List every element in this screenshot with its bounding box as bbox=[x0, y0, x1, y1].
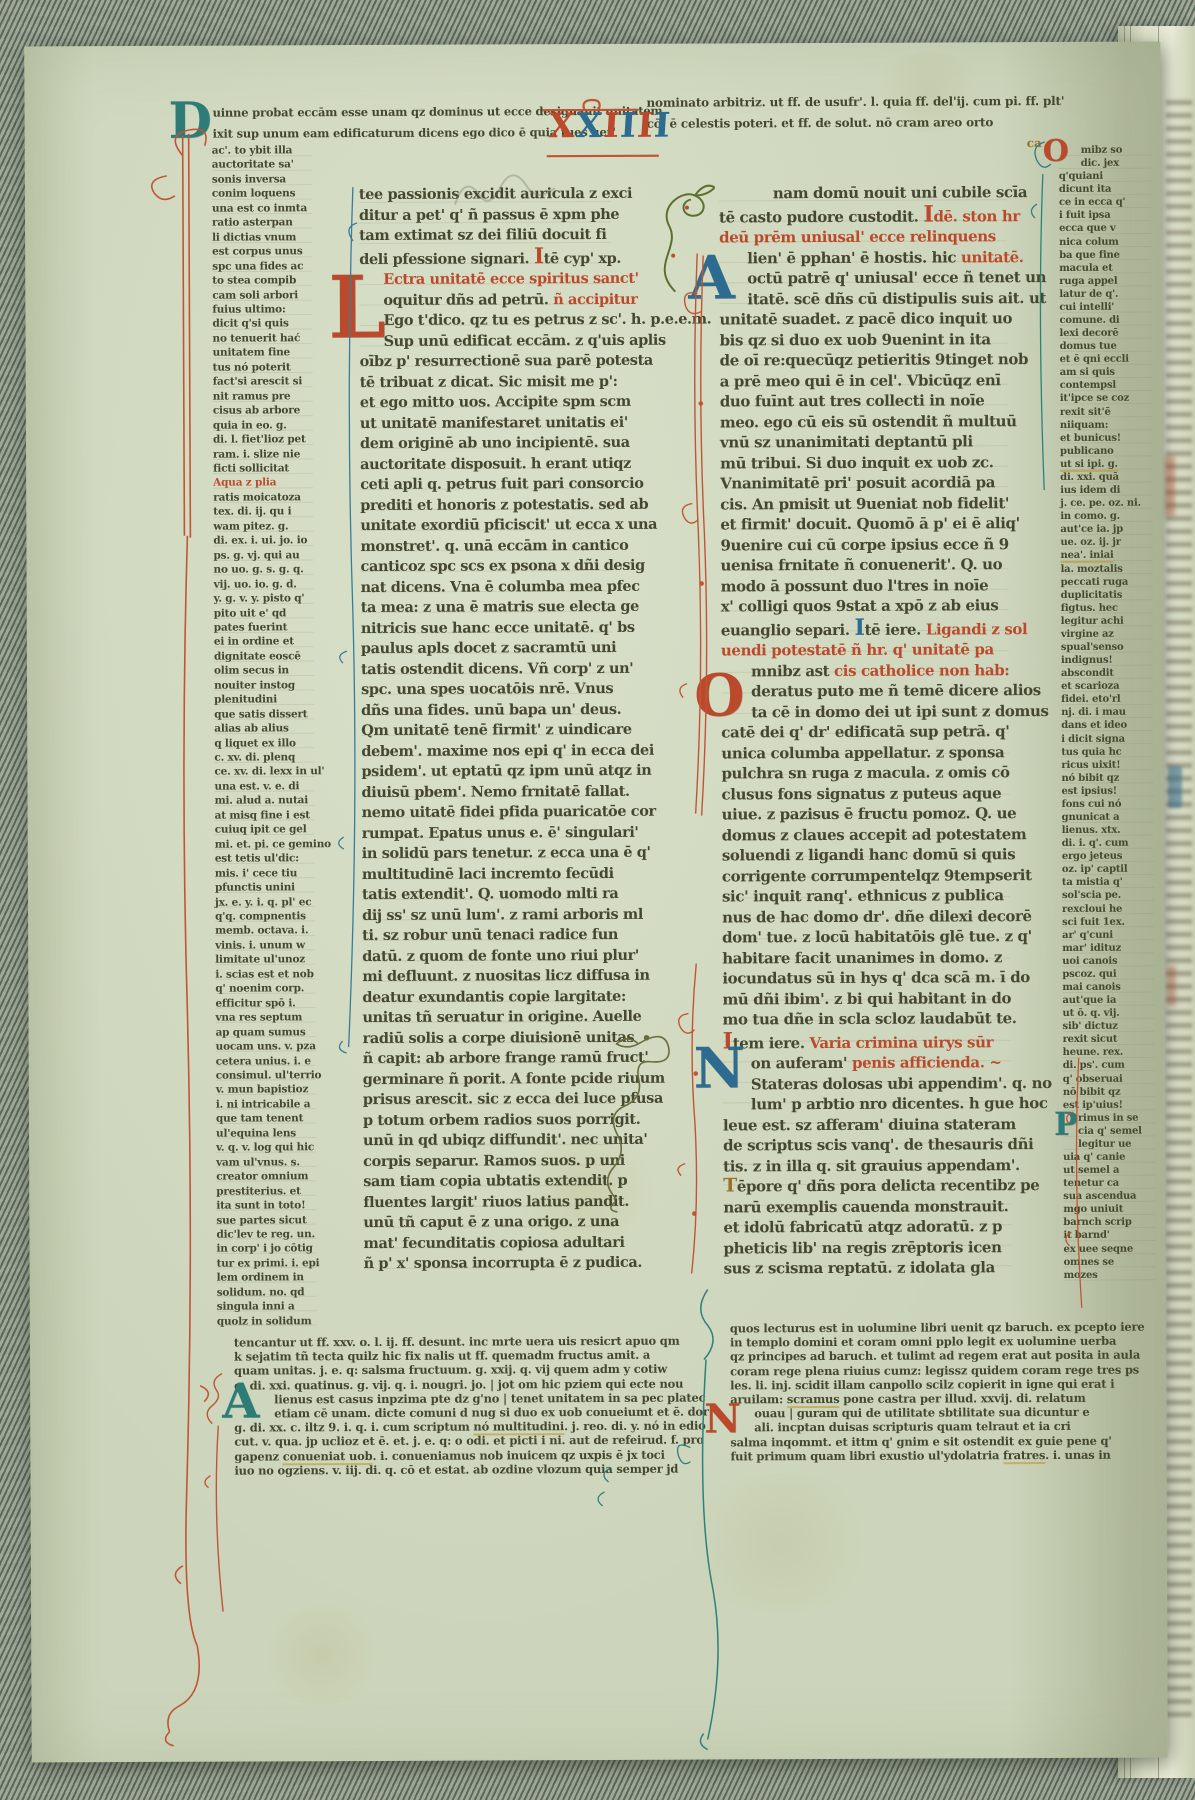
text-line: dic'lev te reg. un. bbox=[216, 1227, 316, 1242]
text-line: mgo uniuit bbox=[1063, 1203, 1155, 1216]
text-line: Ectra unitatē ecce spiritus sanct' bbox=[359, 269, 611, 291]
text-segment: una est. v. e. di bbox=[214, 780, 299, 792]
text-segment: cis catholice non hab: bbox=[834, 661, 1009, 680]
text-segment: tē tribuat z dicat. Sic misit me p': bbox=[360, 372, 618, 390]
text-line: ratis moicatoza bbox=[213, 490, 313, 505]
text-line: narū exemplis cauenda monstrauit. bbox=[723, 1196, 1011, 1218]
text-segment: germinare ñ porit. A fonte pcide riuum bbox=[363, 1069, 665, 1087]
text-segment: plenitudini bbox=[214, 694, 277, 706]
text-line: corpis separur. Ramos suos. p uni bbox=[363, 1150, 615, 1172]
text-line: unū in qd ubiqz diffundit'. nec unita' bbox=[363, 1130, 615, 1152]
text-segment: ce in ecca q' bbox=[1059, 197, 1126, 208]
text-segment: Ligandi z sol bbox=[926, 620, 1028, 638]
text-segment: fact'si arescit si bbox=[213, 376, 303, 388]
text-line: sua ascendua bbox=[1063, 1190, 1155, 1203]
text-line: deū prēm uniusal' ecce relinquens bbox=[719, 226, 1007, 248]
text-segment: duo fuīnt aut tres collecti in noīe bbox=[720, 391, 985, 410]
text-segment: cetera unius. i. e bbox=[216, 1055, 311, 1067]
text-line: mat' fecunditatis copiosa adultari bbox=[363, 1232, 615, 1254]
text-line: q'quiani bbox=[1059, 170, 1151, 183]
text-segment: cui intelli' bbox=[1059, 302, 1114, 313]
text-line: sue partes sicut bbox=[216, 1213, 316, 1228]
text-segment: nō bibit qz bbox=[1063, 1086, 1121, 1097]
text-line: tex. di. ij. qu i bbox=[213, 505, 313, 520]
text-line: nus de hac domo dr'. dñe dilexi decorē bbox=[722, 906, 1010, 928]
text-segment: oz. ip' captil bbox=[1062, 864, 1128, 875]
text-line: di. ps'. cum bbox=[1063, 1059, 1155, 1072]
text-segment: in corp' i jo cōtig bbox=[216, 1243, 312, 1255]
text-line: i fuit ipsa bbox=[1059, 209, 1151, 222]
text-line: lum' p arbtio nro dicentes. h gue hoc bbox=[723, 1093, 1011, 1115]
text-segment: et bunicus! bbox=[1060, 432, 1121, 443]
text-segment: mū tribui. Si duo inquit ex uob zc. bbox=[720, 453, 994, 472]
gloss-initial-o: O bbox=[1043, 138, 1069, 166]
text-segment: mai canois bbox=[1062, 982, 1120, 993]
text-segment: mar' idituz bbox=[1062, 942, 1121, 953]
text-segment: di. ps'. cum bbox=[1063, 1060, 1125, 1071]
text-line: oz. ip' captil bbox=[1062, 863, 1154, 876]
text-segment: on auferam' bbox=[751, 1054, 852, 1072]
text-segment: to stea compib bbox=[212, 274, 296, 286]
text-line: ce in ecca q' bbox=[1059, 196, 1151, 209]
text-segment: q'quiani bbox=[1059, 171, 1103, 182]
text-line: Sup unū edificat eccām. z q'uis aplis bbox=[360, 330, 612, 352]
text-line: pates fuerint bbox=[214, 620, 314, 635]
text-segment: in como. g. bbox=[1060, 511, 1120, 522]
text-line: tam extimat sz dei filiū docuit fi bbox=[359, 225, 611, 247]
text-segment: dans et ideo bbox=[1061, 720, 1127, 731]
text-segment: uiue. z pazisus ē fructu pomoz. Q. ue bbox=[722, 804, 1017, 823]
text-segment: ps. g. vj. qui au bbox=[213, 549, 299, 561]
text-segment: Ego t'dico. qz tu es petrus z sc'. h. p.… bbox=[383, 310, 711, 328]
text-line: spc. una spes uocatōis nrē. Vnus bbox=[361, 679, 613, 701]
text-line: cō. ē celestis poteri. et ff. de solut. … bbox=[647, 112, 1065, 135]
text-segment: Qm unitatē tenē firmit' z uindicare bbox=[361, 721, 632, 739]
text-line: y. g. v. y. pisto q' bbox=[214, 591, 314, 606]
text-segment: euanglio separi. bbox=[721, 620, 855, 639]
text-segment: heune. rex. bbox=[1063, 1047, 1123, 1058]
text-line: dom' tue. z locū habitatōis glē tue. z q… bbox=[722, 926, 1010, 948]
text-segment: efficitur spō i. bbox=[215, 997, 295, 1009]
text-line: iocundatus sū in hys q' dca scā m. ī do bbox=[722, 967, 1010, 989]
text-line: q' noenim corp. bbox=[215, 982, 315, 997]
text-line: cisus ab arbore bbox=[213, 403, 313, 418]
text-segment: sonis inversa bbox=[212, 173, 286, 185]
text-segment: comune. di bbox=[1059, 315, 1119, 326]
text-line: euanglio separi. Itē iere. Ligandi z sol bbox=[721, 616, 1009, 641]
text-segment: habitare facit unanimes in domo. z bbox=[722, 948, 1002, 967]
text-segment: nemo uitatē fidei pfida puaricatōe cor bbox=[362, 803, 656, 821]
text-segment: ar' q'cuni bbox=[1062, 929, 1113, 940]
text-line: di. l. fiet'lioz pet bbox=[213, 432, 313, 447]
text-segment: mū dñi ibim'. z bi qui habitant in do bbox=[722, 989, 1011, 1008]
text-segment: les. li. inj. scidit illam canpollo scil… bbox=[730, 1377, 1114, 1393]
text-line: ap quam sumus bbox=[216, 1025, 316, 1040]
text-segment: lien' ē pphan' ē hostis. hic bbox=[747, 248, 961, 267]
text-segment: Stateras dolosas ubi appendim'. q. no bbox=[751, 1074, 1052, 1093]
text-line: pscoz. qui bbox=[1062, 967, 1154, 980]
text-segment: deatur exundantis copie largitate: bbox=[362, 987, 626, 1005]
text-line: habitare facit unanimes in domo. z bbox=[722, 947, 1010, 969]
main-column-right: nam domū nouit uni cubile scīatē casto p… bbox=[719, 182, 1012, 1279]
text-segment: rexit sit'ē bbox=[1060, 406, 1111, 417]
text-line: i. ni intricabile a bbox=[216, 1097, 316, 1112]
text-line: pheticis lib' na regis zrēptoris icen bbox=[723, 1237, 1011, 1259]
text-segment: . i. unas in bbox=[1045, 1448, 1110, 1462]
catchword: ca bbox=[1027, 136, 1042, 150]
text-line: nica colum bbox=[1059, 235, 1151, 248]
text-segment: no uo. g. s. g. q. bbox=[214, 563, 304, 575]
text-line: Item iere. Varia crimina uirys sūr bbox=[723, 1029, 1011, 1054]
text-segment: dē. ston hr bbox=[933, 207, 1019, 225]
text-line: nemo uitatē fidei pfida puaricatōe cor bbox=[362, 802, 614, 824]
text-segment: ita sunt in toto! bbox=[216, 1199, 305, 1211]
text-line: rexit sit'ē bbox=[1060, 405, 1152, 418]
text-line: quia in eo. g. bbox=[213, 418, 313, 433]
text-segment: ēpore q' dñs pora delicta recentibz pe bbox=[737, 1176, 1040, 1195]
text-segment: ius idem di bbox=[1060, 485, 1120, 496]
text-line: sic' inquit ranq'. ethnicus z publica bbox=[722, 885, 1010, 907]
text-line: gnunicat a bbox=[1062, 811, 1154, 824]
text-line: la. moztalis bbox=[1061, 562, 1153, 575]
text-segment: olim secus in bbox=[214, 665, 289, 677]
text-segment: fluentes largit' riuos latius pandit. bbox=[363, 1192, 629, 1210]
text-line: prestiterius. et bbox=[216, 1184, 316, 1199]
text-line: dic. jex bbox=[1059, 157, 1151, 170]
text-line: olim secus in bbox=[214, 664, 314, 679]
text-segment: aut'ce ia. jp bbox=[1060, 524, 1123, 535]
text-segment: et ē qni eccli bbox=[1060, 354, 1129, 365]
text-line: spual'senso bbox=[1061, 641, 1153, 654]
text-line: consimul. ul'terrio bbox=[216, 1068, 316, 1083]
text-line: mi defluunt. z nuositas licz diffusa in bbox=[362, 966, 614, 988]
text-line: mis. i' cece tiu bbox=[215, 866, 315, 881]
text-segment: i. scias est et nob bbox=[215, 968, 313, 980]
text-line: tur ex primi. i. epi bbox=[217, 1256, 317, 1271]
text-line: ram. i. slize nie bbox=[213, 447, 313, 462]
text-segment: penis afficienda. ~ bbox=[852, 1053, 1002, 1072]
text-segment: mi. alud a. nutai bbox=[215, 795, 309, 807]
text-line: li dictias vnum bbox=[212, 230, 312, 245]
text-line: macula et bbox=[1059, 261, 1151, 274]
text-segment: dem originē ab uno incipientē. sua bbox=[360, 434, 630, 452]
text-segment: unitas tñ seruatur in origine. Auelle bbox=[362, 1008, 641, 1026]
text-line: ñ capit: ab arbore frange ramū fruct' bbox=[363, 1048, 615, 1070]
text-line: niiquam: bbox=[1060, 418, 1152, 431]
text-segment: oībz p' resurrectionē sua parē potesta bbox=[360, 352, 653, 370]
text-line: sam tiam copia ubtatis extendit. p bbox=[363, 1171, 615, 1193]
text-segment: datū. z quom de fonte uno riui plur' bbox=[362, 946, 639, 964]
text-segment: di. ex. i. ui. jo. io bbox=[213, 534, 307, 546]
text-line: q'q. compnentis bbox=[215, 909, 315, 924]
text-line: v. q. v. log qui hic bbox=[216, 1140, 316, 1155]
text-segment: unū in qd ubiqz diffundit'. nec unita' bbox=[363, 1131, 647, 1149]
text-segment: q' noenim corp. bbox=[215, 983, 304, 995]
text-segment: dic'lev te reg. un. bbox=[216, 1228, 315, 1240]
text-segment: pheticis lib' na regis zrēptoris icen bbox=[723, 1238, 1001, 1257]
text-segment: I bbox=[923, 201, 933, 227]
text-segment: di. i. q'. cum bbox=[1062, 838, 1129, 849]
text-segment: dic. jex bbox=[1081, 158, 1119, 169]
text-segment: sua ascendua bbox=[1063, 1191, 1136, 1202]
text-line: tus nó poterit bbox=[213, 360, 313, 375]
text-segment: mis. i' cece tiu bbox=[215, 867, 297, 879]
text-segment: sol'scia pe. bbox=[1062, 890, 1121, 901]
text-line: aut'ce ia. jp bbox=[1060, 523, 1152, 536]
text-segment: pates fuerint bbox=[214, 621, 288, 633]
text-line: nitricis sue hanc ecce unitatē. q' bs bbox=[361, 617, 613, 639]
text-segment: paulus apls docet z sacramtū uni bbox=[361, 639, 616, 657]
text-line: unitas tñ seruatur in origine. Auelle bbox=[362, 1007, 614, 1029]
text-line: ti. sz robur unū tenaci radice fun bbox=[362, 925, 614, 947]
text-segment: ap quam sumus bbox=[216, 1026, 306, 1038]
text-segment: memb. octava. i. bbox=[215, 925, 308, 937]
text-segment: quos lecturus est in uolumine libri ueni… bbox=[730, 1320, 1145, 1336]
text-line: lienus. xtx. bbox=[1062, 824, 1154, 837]
text-segment: solidum. no. qd bbox=[217, 1286, 305, 1298]
text-segment: mibz so bbox=[1081, 145, 1122, 156]
text-line: et ē qni eccli bbox=[1060, 353, 1152, 366]
text-segment: ut semel a bbox=[1063, 1165, 1119, 1176]
text-line: cuiuq ipit ce gel bbox=[215, 823, 315, 838]
text-segment: diuisū pbem'. Nemo frnitatē fallat. bbox=[361, 782, 629, 800]
text-segment: fidei. eto'rl bbox=[1061, 694, 1120, 705]
text-segment: 9uenire cui cū corpe ipsius ecce ñ 9 bbox=[720, 535, 1008, 554]
text-line: lem ordinem in bbox=[217, 1271, 317, 1286]
text-line: jx. e. y. i. q. pl' ec bbox=[215, 895, 315, 910]
text-segment: modo ā possunt duo l'tres in noīe bbox=[721, 576, 989, 595]
text-segment: ñ p' x' sponsa incorrupta ē z pudica. bbox=[364, 1254, 643, 1272]
initial-n-blue: N bbox=[694, 1043, 745, 1095]
text-line: p totum orbem radios suos porrigit. bbox=[363, 1109, 615, 1131]
text-line: cam soli arbori bbox=[212, 288, 312, 303]
text-segment: vij. uo. io. g. d. bbox=[214, 578, 297, 590]
text-line: unitatem fine bbox=[213, 346, 313, 361]
text-segment: uendi potestatē ñ hr. q' unitatē pa bbox=[721, 640, 994, 659]
text-line: tee passionis excidit auricula z exci bbox=[359, 184, 611, 206]
text-line: diuisū pbem'. Nemo frnitatē fallat. bbox=[361, 781, 613, 803]
text-segment: auctoritate sa' bbox=[212, 159, 294, 171]
text-line: de scriptus scis vanq'. de thesauris dñi bbox=[723, 1134, 1011, 1156]
text-segment: mi. et. pi. ce gemino bbox=[215, 838, 331, 851]
text-segment: vna res septum bbox=[215, 1011, 302, 1023]
text-line: domus z claues accepit ad potestatem bbox=[722, 824, 1010, 846]
manuscript-photo: { "folio_number": {"letters": [["X","r"]… bbox=[0, 0, 1195, 1800]
text-line: ut si ipi. g. bbox=[1060, 457, 1152, 470]
text-segment: pulchra sn ruga z macula. z omis cō bbox=[721, 763, 1009, 782]
text-segment: que tam tenent bbox=[216, 1113, 303, 1125]
text-segment: narū exemplis cauenda monstrauit. bbox=[723, 1197, 1008, 1216]
text-segment: ta mistia q' bbox=[1062, 877, 1123, 888]
text-segment: soluendi z ligandi hanc domū si quis bbox=[722, 845, 1016, 864]
text-line: uendi potestatē ñ hr. q' unitatē pa bbox=[721, 639, 1009, 661]
folio-letter: X bbox=[547, 106, 577, 146]
text-segment: sus z scisma reptatū. z idolata gla bbox=[724, 1258, 995, 1277]
text-line: rexcloui he bbox=[1062, 902, 1154, 915]
text-line: rumpat. Epatus unus e. ē' singulari' bbox=[362, 822, 614, 844]
text-segment: . j. reo. di. y. nó in edio bbox=[564, 1419, 706, 1434]
initial-o-red: O bbox=[694, 669, 745, 723]
text-line: et scarioza bbox=[1061, 680, 1153, 693]
text-segment: tē iere. bbox=[865, 620, 926, 638]
text-segment: it barnd' bbox=[1063, 1230, 1109, 1241]
text-line: nj. di. i mau bbox=[1061, 706, 1153, 719]
text-line: di. ex. i. ui. jo. io bbox=[213, 533, 313, 548]
text-segment: nam domū nouit uni cubile scīa bbox=[773, 183, 1027, 202]
text-line: mibz so bbox=[1059, 144, 1151, 157]
text-segment: mozes bbox=[1064, 1270, 1098, 1281]
text-segment: la. moztalis bbox=[1061, 563, 1123, 574]
text-line: sus z scisma reptatū. z idolata gla bbox=[724, 1257, 1012, 1279]
text-segment: mo tua dñe in scla scloz laudabūt te. bbox=[722, 1009, 1016, 1028]
text-segment: contempsl bbox=[1060, 380, 1116, 391]
text-segment: dicit q'si quis bbox=[212, 318, 288, 330]
text-line: germinare ñ porit. A fonte pcide riuum bbox=[363, 1068, 615, 1090]
text-line: Stateras dolosas ubi appendim'. q. no bbox=[723, 1073, 1011, 1095]
text-line: pulchra sn ruga z macula. z omis cō bbox=[721, 762, 1009, 784]
text-line: auctoritate disposuit. h erant utiqz bbox=[360, 453, 612, 475]
text-segment: salma inqommt. et ittm q' gnim e sit ost… bbox=[730, 1433, 1111, 1449]
text-line: spc una fides ac bbox=[212, 259, 312, 274]
bottom-initial-a: A bbox=[222, 1379, 259, 1423]
text-line: fluentes largit' riuos latius pandit. bbox=[363, 1191, 615, 1213]
text-line: mnibz ast cis catholice non hab: bbox=[721, 660, 1009, 682]
text-segment: consimul. ul'terrio bbox=[216, 1069, 322, 1081]
text-segment: dignitate eoscē bbox=[214, 650, 301, 662]
text-line: monstret'. q. unā eccām in cantico bbox=[360, 535, 612, 557]
text-line: tē tribuat z dicat. Sic misit me p': bbox=[360, 371, 612, 393]
text-segment: est tetis ul'dic: bbox=[215, 852, 299, 864]
text-line: auctoritate sa' bbox=[212, 158, 312, 173]
text-line: cis. An pmisit ut 9ueniat nob fidelit' bbox=[720, 493, 1008, 515]
text-segment: ratis moicatoza bbox=[213, 491, 301, 503]
text-line: dicunt ita bbox=[1059, 183, 1151, 196]
text-line: 9uenire cui cū corpe ipsius ecce ñ 9 bbox=[720, 534, 1008, 556]
text-line: et bunicus! bbox=[1060, 431, 1152, 444]
text-segment: canticoz spc scs ex psona x dñi desig bbox=[360, 557, 644, 575]
text-segment: tee passionis excidit auricula z exci bbox=[359, 185, 632, 203]
text-segment: et idolū fabricatū atqz adoratū. z p bbox=[723, 1217, 1002, 1236]
text-line: lien' ē pphan' ē hostis. hic unitatē. bbox=[719, 247, 1007, 269]
text-line: nam domū nouit uni cubile scīa bbox=[719, 182, 1007, 204]
text-line: est corpus unus bbox=[212, 244, 312, 259]
text-line: de oī re:quecūqz petieritis 9tinget nob bbox=[720, 349, 1008, 371]
text-segment: domus z claues accepit ad potestatem bbox=[722, 825, 1027, 844]
text-line: uenisa frnitate ñ conuenerit'. Q. uo bbox=[720, 554, 1008, 576]
text-segment: . i. conueniamus nob inuicem qz uxpis ē … bbox=[372, 1447, 664, 1462]
text-segment: virgine az bbox=[1061, 629, 1114, 640]
text-segment: quolz in solidum bbox=[217, 1315, 312, 1327]
text-line: mar' idituz bbox=[1062, 941, 1154, 954]
text-segment: i. ni intricabile a bbox=[216, 1098, 310, 1110]
text-segment: Vnanimitatē pri' posuit acordiā pa bbox=[720, 473, 995, 492]
text-segment: vinis. i. unum w bbox=[215, 939, 305, 951]
text-segment: mat' fecunditatis copiosa adultari bbox=[363, 1233, 624, 1251]
text-line: v. mun bapistioz bbox=[216, 1083, 316, 1098]
text-segment: ex uee seqne bbox=[1063, 1243, 1133, 1254]
text-segment: no tenuerit hać bbox=[213, 332, 301, 344]
text-line: ue. oz. ij. jr bbox=[1060, 536, 1152, 549]
text-line: Vnanimitatē pri' posuit acordiā pa bbox=[720, 472, 1008, 494]
red-penwork-lower-right-icon bbox=[660, 953, 721, 1283]
text-line: et idolū fabricatū atqz adoratū. z p bbox=[723, 1216, 1011, 1238]
text-line: quolz in solidum bbox=[217, 1314, 317, 1329]
text-segment: prisus arescit. sic z ecca dei luce pfus… bbox=[363, 1090, 663, 1108]
text-segment: una est co inmta bbox=[212, 202, 307, 214]
text-line: ñ p' x' sponsa incorrupta ē z pudica. bbox=[364, 1253, 616, 1275]
text-line: bis qz si duo ex uob 9uenint in ita bbox=[720, 329, 1008, 351]
text-segment: ul'equina lens bbox=[216, 1127, 296, 1139]
text-line: dñs una fides. unū bapa un' deus. bbox=[361, 699, 613, 721]
text-line: j. ce. pe. oz. ni. bbox=[1060, 497, 1152, 510]
text-line: est ipsius! bbox=[1061, 784, 1153, 797]
text-line: ergo jeteus bbox=[1062, 850, 1154, 863]
text-segment: mi defluunt. z nuositas licz diffusa in bbox=[362, 967, 649, 985]
text-line: mū tribui. Si duo inquit ex uob zc. bbox=[720, 452, 1008, 474]
text-line: dicit q'si quis bbox=[212, 317, 312, 332]
folio-number: XXIIII bbox=[547, 106, 672, 147]
text-segment: am si quis bbox=[1060, 367, 1115, 378]
text-segment: et firmit' docuit. Quomō ā p' ei ē aliq' bbox=[720, 514, 1019, 533]
bottom-commentary-left: tencantur ut ff. xxv. o. l. ij. ff. desu… bbox=[234, 1334, 705, 1478]
text-line: canticoz spc scs ex psona x dñi desig bbox=[360, 556, 612, 578]
text-segment: ei in ordine et bbox=[214, 636, 294, 648]
text-line: ei in ordine et bbox=[214, 635, 314, 650]
text-line: multitudinē laci incremto fecūdi bbox=[362, 863, 614, 885]
text-line: in solidū pars tenetur. z ecca una ē q' bbox=[362, 843, 614, 865]
text-segment: domus tue bbox=[1060, 341, 1117, 352]
text-line: modo ā possunt duo l'tres in noīe bbox=[721, 575, 1009, 597]
text-line: lexi decorē bbox=[1059, 327, 1151, 340]
text-line: ps. g. vj. qui au bbox=[213, 548, 313, 563]
folio-letter: X bbox=[575, 106, 605, 146]
text-line: iuo no ogziens. v. iij. di. q. cō et est… bbox=[234, 1461, 704, 1477]
text-line: que tam tenent bbox=[216, 1112, 316, 1127]
text-segment: q'q. compnentis bbox=[215, 910, 306, 922]
text-segment: tus quia hc bbox=[1061, 746, 1121, 757]
text-line: tis. z in illa q. sit grauius appendam'. bbox=[723, 1155, 1011, 1177]
text-segment: dij ss' sz unū lum'. z rami arboris ml bbox=[362, 905, 643, 923]
text-line: soluendi z ligandi hanc domū si quis bbox=[722, 844, 1010, 866]
text-line: et firmit' docuit. Quomō ā p' ei ē aliq' bbox=[720, 513, 1008, 535]
text-line: ut unitatē manifestaret unitatis ei' bbox=[360, 412, 612, 434]
text-segment: spc una fides ac bbox=[212, 260, 303, 272]
text-segment: bis qz si duo ex uob 9uenint in ita bbox=[720, 330, 991, 349]
text-line: ditur a pet' q' ñ passus ē xpm phe bbox=[359, 204, 611, 226]
text-line: no tenuerit hać bbox=[213, 331, 313, 346]
text-line: nit ramus pre bbox=[213, 389, 313, 404]
text-segment: fuit primum quam libri exustio ul'ydolat… bbox=[730, 1448, 1003, 1463]
parchment-stain bbox=[670, 1473, 891, 1614]
text-line: nea'. iniai bbox=[1060, 549, 1152, 562]
text-segment: indignus! bbox=[1061, 655, 1113, 666]
text-segment: sci fuit 1ex. bbox=[1062, 916, 1125, 927]
text-line: ratio asterpan bbox=[212, 215, 312, 230]
text-segment: nouiter instog bbox=[214, 679, 295, 691]
text-line: vna res septum bbox=[215, 1010, 315, 1025]
text-line: radiū solis a corpe diuisionē unitas bbox=[363, 1027, 615, 1049]
text-segment: conim loquens bbox=[212, 188, 295, 200]
text-segment: que satis dissert bbox=[214, 708, 307, 720]
text-line: catē dei q' dr' edificatā sup petrā. q' bbox=[721, 721, 1009, 743]
text-segment: tē cyp' xp. bbox=[544, 249, 621, 266]
text-segment: lexi decorē bbox=[1060, 328, 1119, 339]
text-segment: multitudinē laci incremto fecūdi bbox=[362, 864, 614, 882]
text-line: omnes se bbox=[1064, 1255, 1156, 1268]
text-segment: meo. ego cū eis sū ostendit ñ multuū bbox=[720, 412, 1017, 431]
text-segment: latur de q'. bbox=[1059, 289, 1118, 300]
text-segment: nica colum bbox=[1059, 236, 1119, 247]
